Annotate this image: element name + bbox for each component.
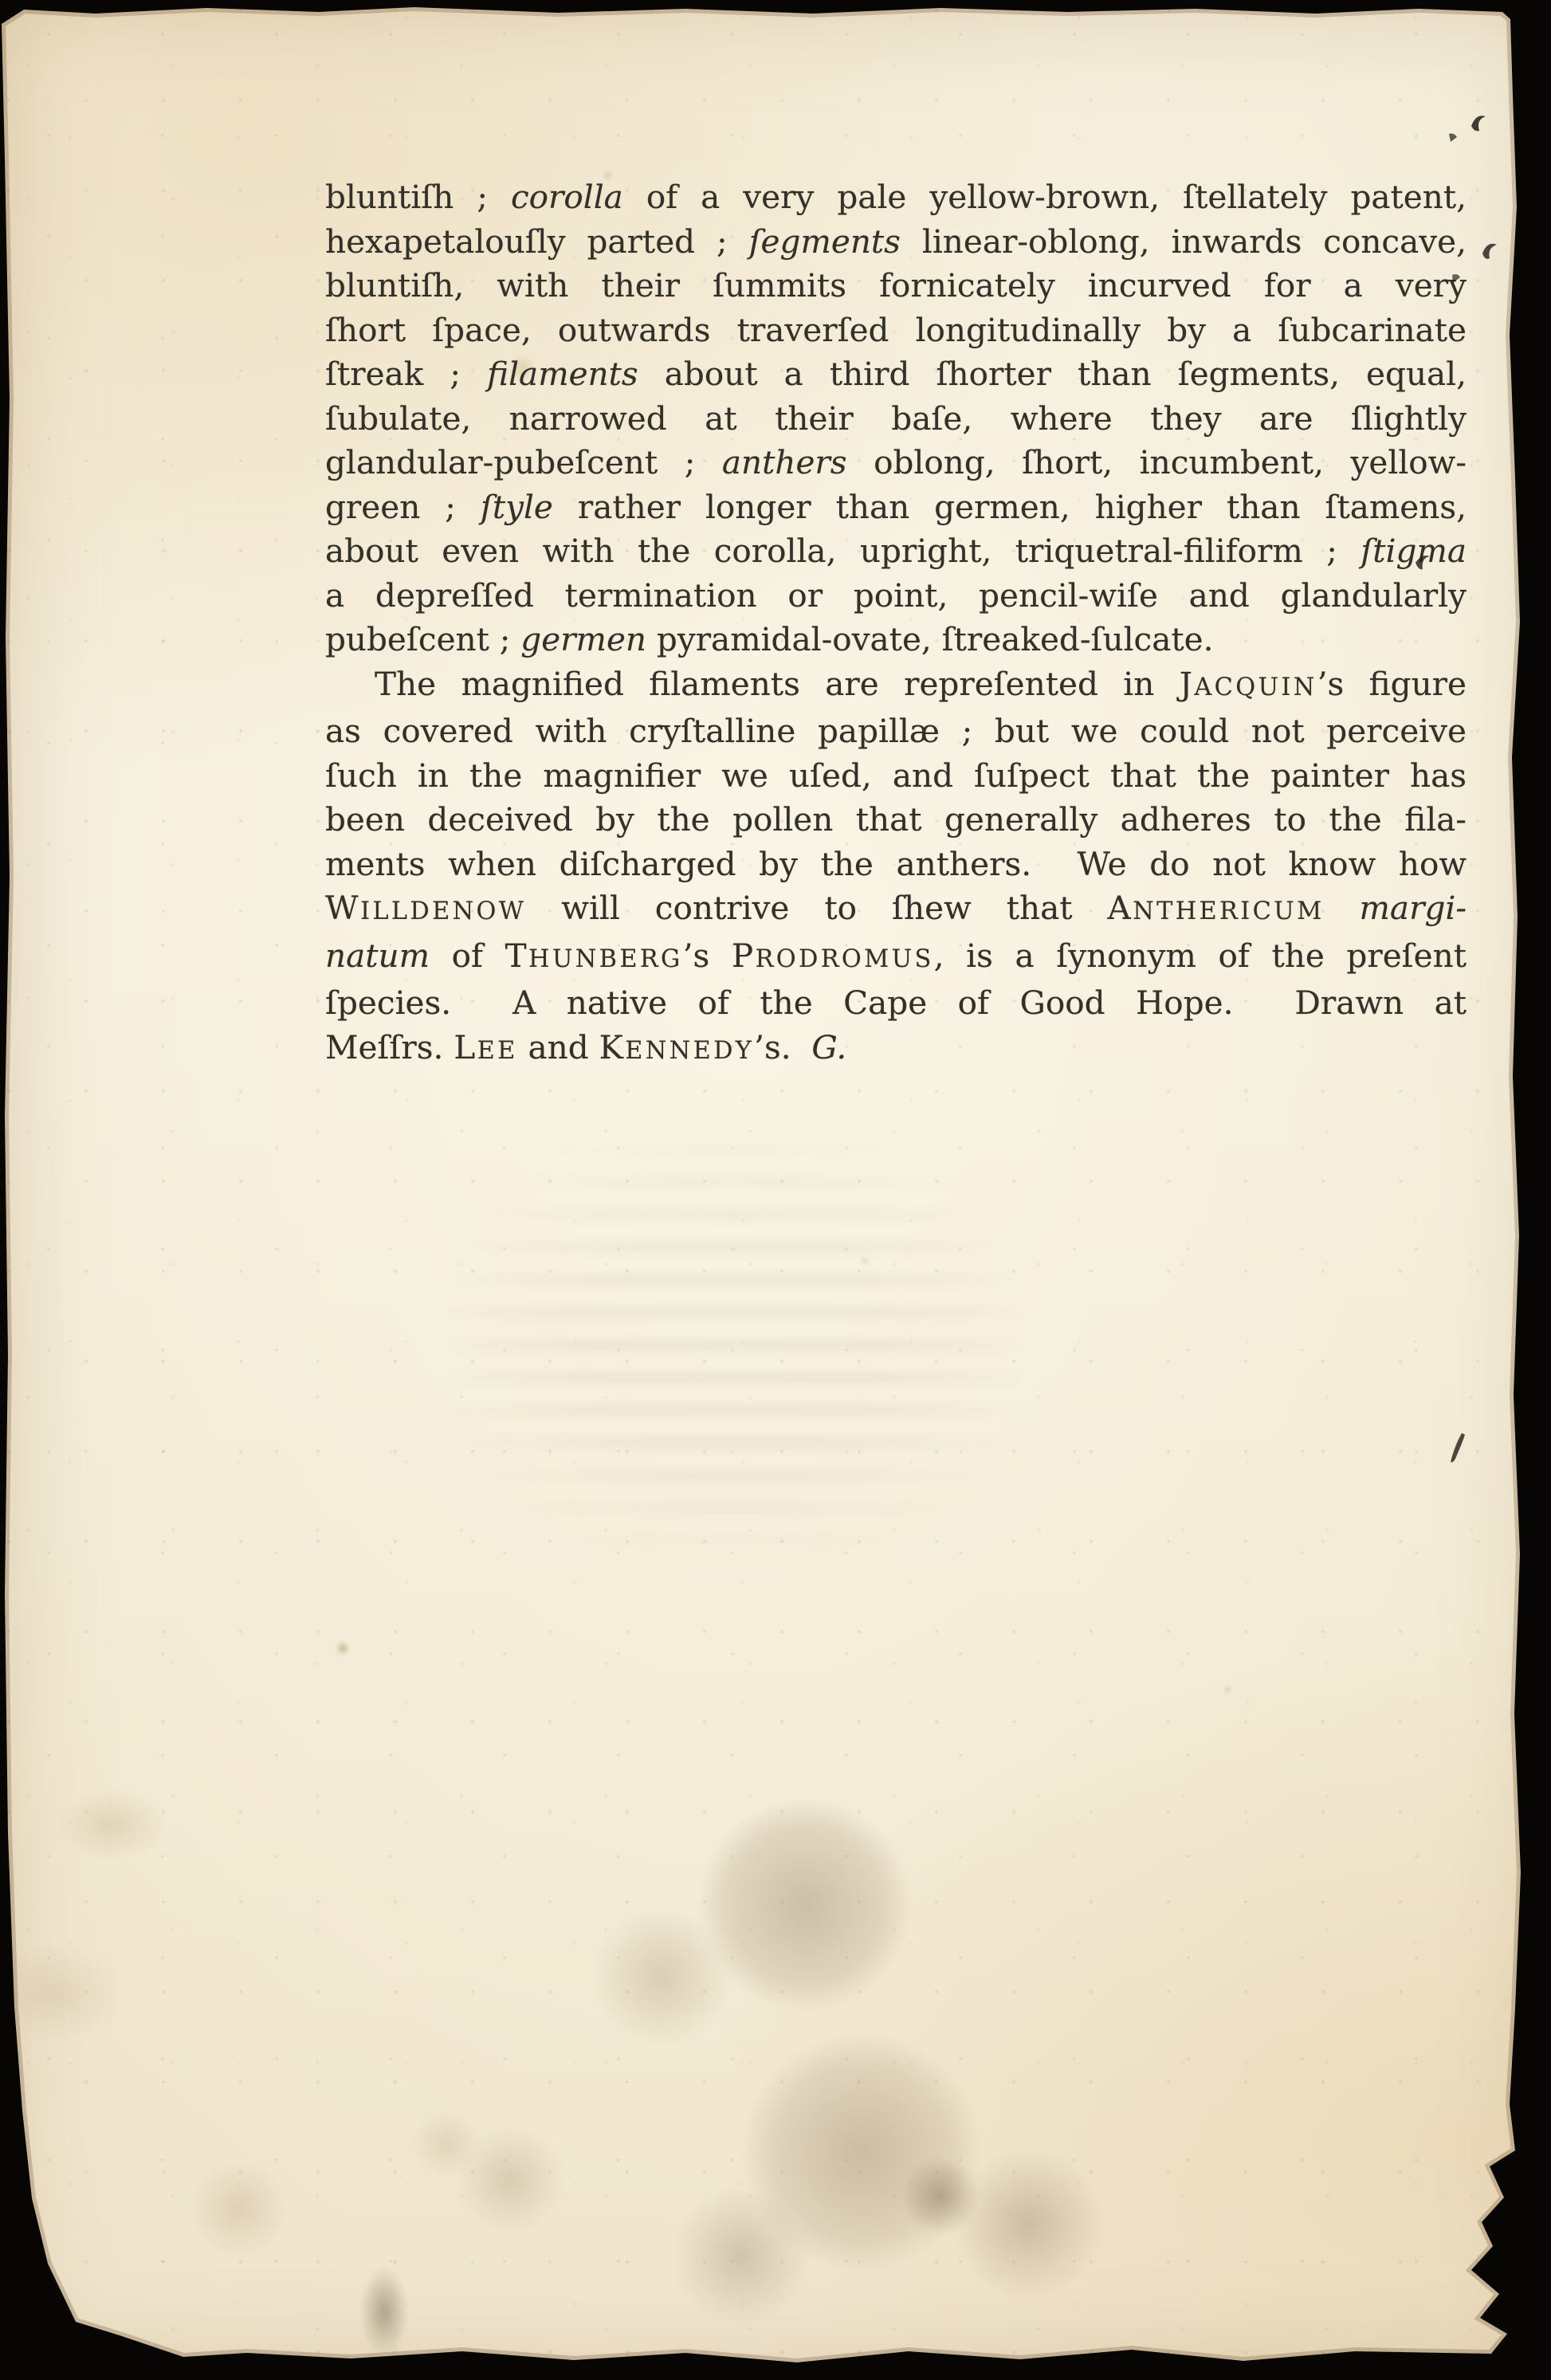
text-line: bluntiſh, with their ſummits fornicately… — [325, 264, 1467, 308]
text-line: ſuch in the magnifier we uſed, and ſuſpe… — [325, 754, 1467, 799]
text-run: green ; — [325, 488, 481, 526]
show-through-text — [446, 1122, 1020, 1569]
text-run: pubeſcent ; — [325, 620, 520, 658]
text-line: glandular-pubeſcent ; anthers oblong, ſh… — [325, 441, 1467, 485]
text-run: ſuch in the magnifier we uſed, and ſuſpe… — [325, 756, 1467, 795]
text-run: Meſſrs. — [325, 1028, 454, 1066]
text-line: pubeſcent ; germen pyramidal-ovate, ſtre… — [325, 618, 1467, 662]
italic-text-run: G. — [811, 1028, 846, 1066]
text-line: hexapetalouſly parted ; ſegments linear-… — [325, 220, 1467, 265]
text-block: bluntiſh ; corolla of a very pale yellow… — [325, 175, 1467, 1073]
text-run: ſubulate, narrowed at their baſe, where … — [325, 399, 1467, 438]
text-line: about even with the corolla, upright, tr… — [325, 529, 1467, 574]
italic-text-run: ſtigma — [1361, 532, 1467, 570]
text-line: natum of THUNBERG’s PRODROMUS, is a ſyno… — [325, 934, 1467, 982]
text-run: ’s. — [754, 1028, 811, 1066]
italic-text-run: germen — [520, 620, 646, 658]
text-run: rather longer than germen, higher than ſ… — [553, 488, 1467, 526]
page-scan: bluntiſh ; corolla of a very pale yellow… — [0, 0, 1551, 2380]
italic-text-run: anthers — [722, 443, 847, 481]
text-run: glandular-pubeſcent ; — [325, 443, 722, 481]
small-caps-name: KENNEDY — [599, 1028, 755, 1066]
small-caps-name: WILLDENOW — [325, 889, 526, 927]
text-line: WILLDENOW will contrive to ſhew that ANT… — [325, 886, 1467, 934]
text-line: Meſſrs. LEE and KENNEDY’s. G. — [325, 1026, 1467, 1074]
text-run: bluntiſh ; — [325, 178, 511, 216]
small-caps-name: ANTHERICUM — [1108, 889, 1325, 927]
text-line: ſpecies. A native of the Cape of Good Ho… — [325, 981, 1467, 1026]
text-run: a depreſſed termination or point, pencil… — [325, 576, 1467, 615]
italic-text-run: natum — [325, 937, 430, 975]
text-line: ſhort ſpace, outwards traverſed longitud… — [325, 308, 1467, 353]
italic-text-run: filaments — [487, 355, 638, 393]
italic-text-run: ſegments — [749, 222, 901, 261]
text-run — [1325, 889, 1360, 927]
text-run: ſhort ſpace, outwards traverſed longitud… — [325, 311, 1467, 349]
text-run: of a very pale yellow-brown, ſtellately … — [623, 178, 1467, 216]
text-line: The magnified filaments are repreſented … — [325, 662, 1467, 710]
small-caps-name: LEE — [454, 1028, 517, 1066]
text-run: oblong, ſhort, incumbent, yellow- — [847, 443, 1467, 481]
text-run: will contrive to ſhew that — [526, 889, 1107, 927]
text-run: ’s — [683, 937, 732, 975]
text-run: hexapetalouſly parted ; — [325, 222, 749, 261]
text-line: bluntiſh ; corolla of a very pale yellow… — [325, 175, 1467, 220]
text-run: about even with the corolla, upright, tr… — [325, 532, 1361, 570]
text-line: green ; ſtyle rather longer than germen,… — [325, 485, 1467, 530]
text-line: ſubulate, narrowed at their baſe, where … — [325, 397, 1467, 442]
text-run: bluntiſh, with their ſummits fornicately… — [325, 266, 1467, 304]
text-line: ſtreak ; filaments about a third ſhorter… — [325, 352, 1467, 397]
italic-text-run: ſtyle — [481, 488, 553, 526]
text-run: pyramidal-ovate, ſtreaked-ſulcate. — [646, 620, 1213, 658]
italic-text-run: margi- — [1360, 889, 1467, 927]
small-caps-name: PRODROMUS — [732, 937, 934, 975]
small-caps-name: THUNBERG — [505, 937, 683, 975]
text-line: a depreſſed termination or point, pencil… — [325, 574, 1467, 619]
text-line: ments when diſcharged by the anthers. We… — [325, 842, 1467, 887]
text-run: ments when diſcharged by the anthers. We… — [325, 845, 1467, 883]
text-run: about a third ſhorter than ſegments, equ… — [638, 355, 1467, 393]
text-line: been deceived by the pollen that general… — [325, 798, 1467, 842]
small-caps-name: JACQUIN — [1180, 665, 1317, 703]
text-run: , is a ſynonym of the preſent — [934, 937, 1467, 975]
text-run: linear-oblong, inwards concave, — [901, 222, 1467, 261]
text-run: ſpecies. A native of the Cape of Good Ho… — [325, 984, 1467, 1022]
italic-text-run: corolla — [511, 178, 623, 216]
text-line: as covered with cryſtalline papillæ ; bu… — [325, 709, 1467, 754]
text-run: as covered with cryſtalline papillæ ; bu… — [325, 712, 1467, 750]
text-run: of — [430, 937, 505, 975]
text-run: The magnified filaments are repreſented … — [375, 665, 1180, 703]
text-run: been deceived by the pollen that general… — [325, 800, 1467, 838]
text-run: and — [518, 1028, 599, 1066]
text-run: ſtreak ; — [325, 355, 487, 393]
text-run: ’s figure — [1317, 665, 1467, 703]
